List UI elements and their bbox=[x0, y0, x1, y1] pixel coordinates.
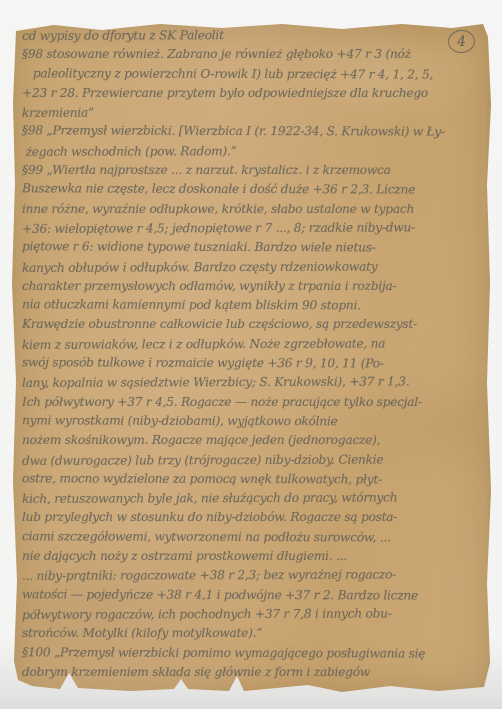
text-line: lub przyległych w stosunku do niby-dziob… bbox=[22, 508, 487, 527]
text-line: półwytwory rogaczów, ich pochodnych +37 … bbox=[22, 604, 487, 625]
text-line: +36: wielopiętowe r 4,5; jednopiętowe r … bbox=[22, 218, 487, 239]
text-line: +23 r 28. Przewiercane przytem było odpo… bbox=[22, 84, 487, 103]
text-line: nymi wyrostkami (niby-dziobami), wyjątko… bbox=[22, 411, 487, 432]
text-line: cd wypisy do dforytu z SK Paleolit bbox=[22, 25, 487, 46]
text-line: nożem skośnikowym. Rogacze mające jeden … bbox=[22, 431, 487, 450]
text-line: kiem z surowiaków, lecz i z odłupków. No… bbox=[22, 334, 487, 355]
text-line: inne różne, wyraźnie odłupkowe, krótkie,… bbox=[22, 200, 487, 219]
text-line: §99 „Wiertła najprostsze ... z narzut. k… bbox=[22, 161, 487, 180]
text-line: ciami szczegółowemi, wytworzonemi na pod… bbox=[22, 527, 487, 548]
text-line: strońców. Motylki (kilofy motylkowate).” bbox=[22, 624, 487, 643]
manuscript-paper: 4 cd wypisy do dforytu z SK Paleolit§98 … bbox=[10, 21, 492, 695]
text-line: Krawędzie obustronne całkowicie lub częś… bbox=[22, 315, 487, 334]
text-line: piętowe r 6: widione typowe tuszniaki. B… bbox=[22, 238, 487, 259]
text-line: §98 „Przemysł wierzbicki. [Wierzbica I (… bbox=[22, 122, 487, 143]
text-line: kich, retuszowanych byle jak, nie służąc… bbox=[22, 488, 487, 509]
text-line: §98 stosowane również. Zabrano je równie… bbox=[22, 45, 487, 64]
handwritten-text: cd wypisy do dforytu z SK Paleolit§98 st… bbox=[22, 26, 487, 682]
text-line: ... niby-prątniki: rogaczowate +38 r 2,3… bbox=[22, 565, 487, 586]
text-line: swój sposób tulkowe i rozmaicie wygięte … bbox=[22, 353, 487, 374]
text-line: watości — pojedyńcze +38 r 4,1 i podwójn… bbox=[22, 585, 487, 606]
scan-background: 4 cd wypisy do dforytu z SK Paleolit§98 … bbox=[0, 0, 502, 709]
text-line: §100 „Przemysł wierzbicki pomimo wymagaj… bbox=[22, 643, 487, 664]
text-line: nia otłuczkami kamiennymi pod kątem blis… bbox=[22, 295, 487, 316]
text-line: Ich półwytwory +37 r 4,5. Rogacze — noże… bbox=[22, 393, 487, 412]
text-line: kanych obłupów i odłupków. Bardzo częsty… bbox=[22, 257, 487, 278]
text-line: dobrym krzemieniem składa się głównie z … bbox=[22, 663, 487, 682]
text-line: dwa (dwurogacze) lub trzy (trójrogacze) … bbox=[22, 450, 487, 471]
text-line: nie dających noży z ostrzami prostkowemi… bbox=[22, 547, 487, 566]
text-line: ostre, mocno wydzielone za pomocą wnęk t… bbox=[22, 469, 487, 490]
text-line: paleolityczny z powierzchni O-rowik I) l… bbox=[22, 64, 487, 85]
text-line: charakter przemysłowych odłamów, wynikły… bbox=[22, 277, 487, 296]
text-line: krzemienia” bbox=[22, 102, 487, 123]
text-line: Buszewka nie częste, lecz doskonałe i do… bbox=[22, 180, 487, 201]
text-line: żegach wschodnich (pow. Radom).” bbox=[22, 141, 487, 162]
text-line: lany, kopalnia w sąsiedztwie Wierzbicy; … bbox=[22, 372, 487, 393]
